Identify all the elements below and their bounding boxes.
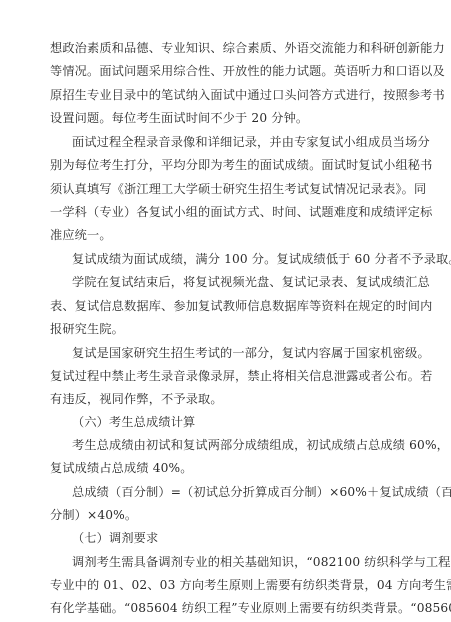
- document-page: 想政治素质和品德、专业知识、综合素质、外语交流能力和科研创新能力等情况。面试问题…: [0, 0, 451, 622]
- paragraph-line: 准应统一。: [50, 227, 390, 243]
- paragraph-line: 考生总成绩由初试和复试两部分成绩组成，初试成绩占总成绩 60%，: [72, 437, 412, 453]
- paragraph-line: 总成绩（百分制）=（初试总分折算成百分制）×60%＋复试成绩（百: [72, 484, 412, 500]
- paragraph-line: 表、复试信息数据库、参加复试教师信息数据库等资料在规定的时间内: [50, 298, 390, 314]
- paragraph-line: 分制）×40%。: [50, 507, 390, 523]
- paragraph-line: 专业中的 01、02、03 方向考生原则上需要有纺织类背景，04 方向考生需: [50, 577, 390, 593]
- paragraph-line: 设置问题。每位考生面试时间不少于 20 分钟。: [50, 110, 390, 126]
- paragraph-line: 复试成绩为面试成绩，满分 100 分。复试成绩低于 60 分者不予录取。: [72, 251, 412, 267]
- paragraph-line: 别为每位考生打分，平均分即为考生的面试成绩。面试时复试小组秘书: [50, 157, 390, 173]
- paragraph-line: 面试过程全程录音录像和详细记录，并由专家复试小组成员当场分: [72, 134, 412, 150]
- paragraph-line: 复试过程中禁止考生录音录像录屏，禁止将相关信息泄露或者公布。若: [50, 368, 390, 384]
- paragraph-line: 报研究生院。: [50, 321, 390, 337]
- paragraph-line: 一学科（专业）各复试小组的面试方式、时间、试题难度和成绩评定标: [50, 204, 390, 220]
- paragraph-line: 复试是国家研究生招生考试的一部分，复试内容属于国家机密级。: [72, 345, 412, 361]
- paragraph-line: 有化学基础。“085604 纺织工程”专业原则上需要有纺织类背景。“085606: [50, 600, 390, 616]
- paragraph-line: 学院在复试结束后，将复试视频光盘、复试记录表、复试成绩汇总: [72, 274, 412, 290]
- section-heading: （七）调剂要求: [72, 530, 412, 546]
- paragraph-line: 有违反，视同作弊，不予录取。: [50, 391, 390, 407]
- paragraph-line: 复试成绩占总成绩 40%。: [50, 460, 390, 476]
- section-heading: （六）考生总成绩计算: [72, 414, 412, 430]
- paragraph-line: 等情况。面试问题采用综合性、开放性的能力试题。英语听力和口语以及: [50, 63, 390, 79]
- paragraph-line: 想政治素质和品德、专业知识、综合素质、外语交流能力和科研创新能力: [50, 40, 390, 56]
- paragraph-line: 原招生专业目录中的笔试纳入面试中通过口头问答方式进行，按照参考书: [50, 87, 390, 103]
- paragraph-line: 调剂考生需具备调剂专业的相关基础知识，“082100 纺织科学与工程”: [72, 554, 412, 570]
- paragraph-line: 须认真填写《浙江理工大学硕士研究生招生考试复试情况记录表》。同: [50, 181, 390, 197]
